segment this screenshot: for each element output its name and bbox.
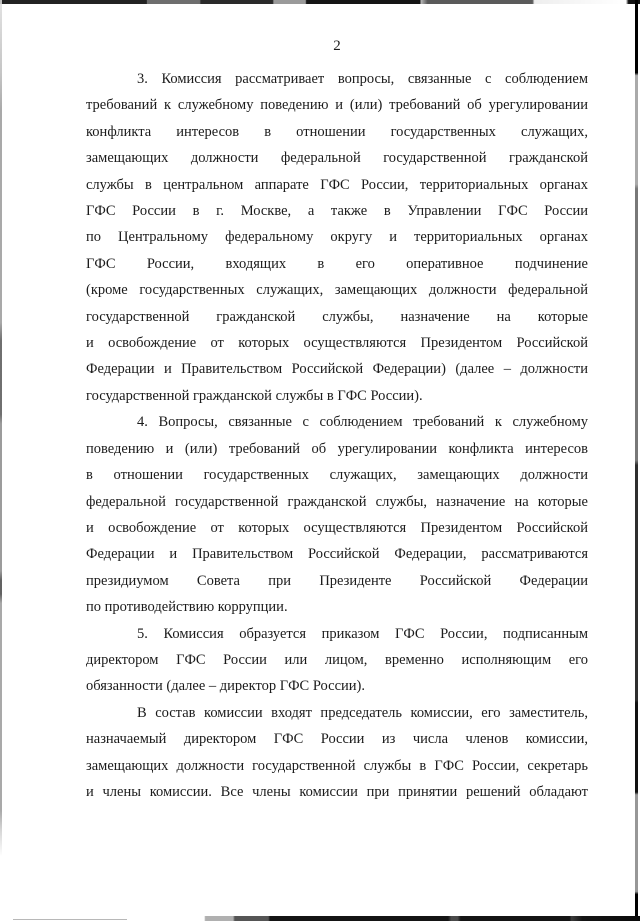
- scan-edge-bottom-stub: [13, 919, 127, 920]
- text-line: и освобождение от которых осуществляются…: [86, 330, 588, 356]
- text-line: конфликта интересов в отношении государс…: [86, 119, 588, 145]
- text-line: государственной гражданской службы, назн…: [86, 304, 588, 330]
- text-line: службы в центральном аппарате ГФС России…: [86, 172, 588, 198]
- text-line: назначаемый директором ГФС России из чис…: [86, 726, 588, 752]
- paragraph-4: 4. Вопросы, связанные с соблюдением треб…: [86, 409, 588, 620]
- text-line: поведению и (или) требований об урегулир…: [86, 436, 588, 462]
- scan-edge-left: [0, 0, 2, 921]
- page-number: 2: [86, 36, 588, 56]
- text-line: замещающих должности государственной слу…: [86, 753, 588, 779]
- text-line: ГФС России, входящих в его оперативное п…: [86, 251, 588, 277]
- text-line: директором ГФС России или лицом, временн…: [86, 647, 588, 673]
- text-line: Федерации и Правительством Российской Фе…: [86, 356, 588, 382]
- text-line: ГФС России в г. Москве, а также в Управл…: [86, 198, 588, 224]
- text-line: президиумом Совета при Президенте Россий…: [86, 568, 588, 594]
- scan-edge-right: [635, 0, 638, 921]
- text-line: и члены комиссии. Все члены комиссии при…: [86, 779, 588, 805]
- text-line: Федерации и Правительством Российской Фе…: [86, 541, 588, 567]
- text-line: обязанности (далее – директор ГФС России…: [86, 673, 588, 699]
- text-line: государственной гражданской службы в ГФС…: [86, 383, 588, 409]
- text-line: замещающих должности федеральной государ…: [86, 145, 588, 171]
- text-line: и освобождение от которых осуществляются…: [86, 515, 588, 541]
- text-line: 5. Комиссия образуется приказом ГФС Росс…: [86, 621, 588, 647]
- text-line: в отношении государственных служащих, за…: [86, 462, 588, 488]
- text-line: по противодействию коррупции.: [86, 594, 588, 620]
- text-line: 3. Комиссия рассматривает вопросы, связа…: [86, 66, 588, 92]
- text-line: (кроме государственных служащих, замещаю…: [86, 277, 588, 303]
- scan-edge-top: [0, 0, 640, 4]
- text-line: по Центральному федеральному округу и те…: [86, 224, 588, 250]
- scanned-document-page: 2 3. Комиссия рассматривает вопросы, свя…: [0, 0, 640, 921]
- document-body: 3. Комиссия рассматривает вопросы, связа…: [86, 66, 588, 805]
- text-line: требований к служебному поведению и (или…: [86, 92, 588, 118]
- paragraph-5: 5. Комиссия образуется приказом ГФС Росс…: [86, 621, 588, 700]
- paragraph-composition: В состав комиссии входят председатель ко…: [86, 700, 588, 806]
- text-line: 4. Вопросы, связанные с соблюдением треб…: [86, 409, 588, 435]
- paragraph-3: 3. Комиссия рассматривает вопросы, связа…: [86, 66, 588, 409]
- text-line: федеральной государственной гражданской …: [86, 489, 588, 515]
- text-line: В состав комиссии входят председатель ко…: [86, 700, 588, 726]
